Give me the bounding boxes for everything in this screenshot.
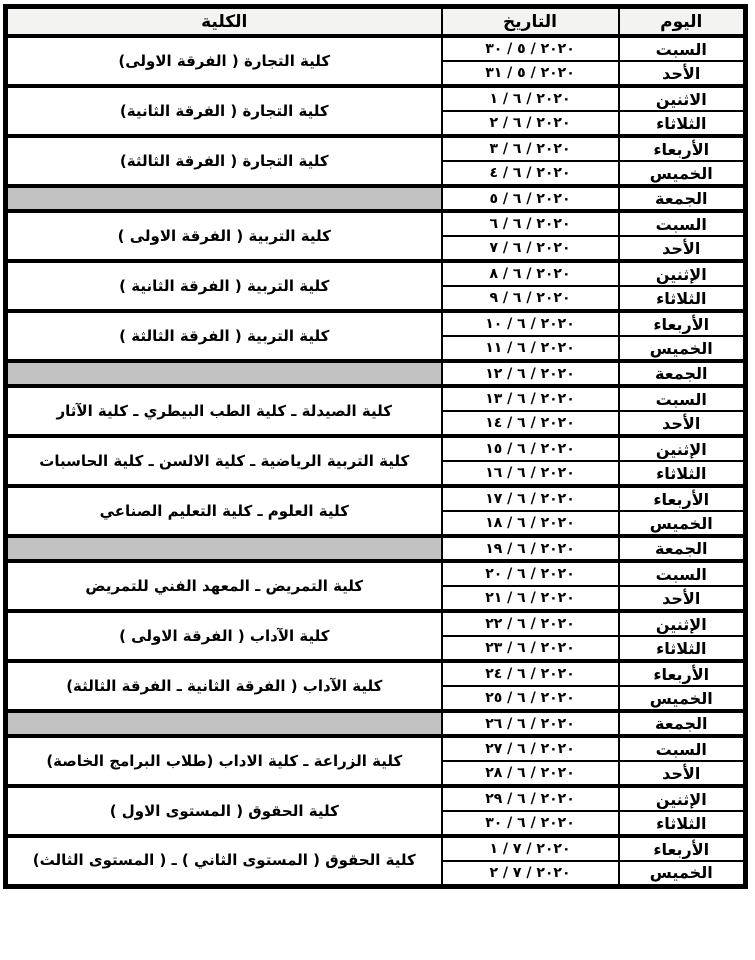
college-cell: كلية التربية ( الفرقة الثانية ): [6, 261, 442, 311]
date-text: ٢٠٢٠ / ٦ / ١٧: [485, 491, 575, 507]
college-cell: كلية العلوم ـ كلية التعليم الصناعي: [6, 486, 442, 536]
date-cell: ٢٠٢٠ / ٦ / ٢٤: [442, 661, 619, 686]
date-cell: ٢٠٢٠ / ٦ / ١٣: [442, 386, 619, 411]
date-text: ٢٠٢٠ / ٦ / ٢٧: [485, 741, 575, 757]
schedule-row: الاثنين٢٠٢٠ / ٦ / ١كلية التجارة ( الفرقة…: [6, 86, 746, 111]
schedule-row: الأربعاء٢٠٢٠ / ٦ / ١٠كلية التربية ( الفر…: [6, 311, 746, 336]
day-cell: السبت: [619, 211, 746, 236]
day-cell: الأحد: [619, 761, 746, 786]
friday-empty-cell: [6, 536, 442, 561]
friday-row: الجمعة٢٠٢٠ / ٦ / ٢٦: [6, 711, 746, 736]
date-text: ٢٠٢٠ / ٦ / ١٠: [485, 316, 575, 332]
date-cell: ٢٠٢٠ / ٦ / ١٩: [442, 536, 619, 561]
schedule-row: الأربعاء٢٠٢٠ / ٦ / ١٧كلية العلوم ـ كلية …: [6, 486, 746, 511]
date-text: ٢٠٢٠ / ٦ / ١٣: [485, 391, 575, 407]
date-cell: ٢٠٢٠ / ٦ / ١٥: [442, 436, 619, 461]
header-date: التاريخ: [442, 7, 619, 37]
date-text: ٢٠٢٠ / ٦ / ٣٠: [485, 815, 575, 831]
schedule-row: الأربعاء٢٠٢٠ / ٦ / ٣كلية التجارة ( الفرق…: [6, 136, 746, 161]
date-text: ٢٠٢٠ / ٦ / ١٩: [485, 541, 575, 557]
day-cell: السبت: [619, 736, 746, 761]
date-text: ٢٠٢٠ / ٦ / ٢٩: [485, 791, 575, 807]
day-cell: الأحد: [619, 61, 746, 86]
date-cell: ٢٠٢٠ / ٦ / ٢٧: [442, 736, 619, 761]
schedule-row: السبت٢٠٢٠ / ٦ / ٦كلية التربية ( الفرقة ا…: [6, 211, 746, 236]
date-cell: ٢٠٢٠ / ٥ / ٣١: [442, 61, 619, 86]
friday-empty-cell: [6, 186, 442, 211]
date-cell: ٢٠٢٠ / ٦ / ٢٨: [442, 761, 619, 786]
header-row: اليوم التاريخ الكلية: [6, 7, 746, 37]
college-cell: كلية التجارة ( الفرقة الثانية): [6, 86, 442, 136]
date-cell: ٢٠٢٠ / ٦ / ١٨: [442, 511, 619, 536]
date-cell: ٢٠٢٠ / ٧ / ٢: [442, 861, 619, 886]
date-cell: ٢٠٢٠ / ٦ / ٩: [442, 286, 619, 311]
college-cell: كلية التجارة ( الفرقة الاولى): [6, 36, 442, 86]
schedule-table-container: اليوم التاريخ الكلية السبت٢٠٢٠ / ٥ / ٣٠ك…: [3, 4, 748, 889]
date-text: ٢٠٢٠ / ٦ / ٢٥: [485, 690, 575, 706]
scanned-exam-schedule-page: { "table": { "headers": { "college": "ال…: [0, 0, 755, 960]
day-cell: الأربعاء: [619, 311, 746, 336]
date-cell: ٢٠٢٠ / ٦ / ١: [442, 86, 619, 111]
day-cell: السبت: [619, 561, 746, 586]
date-cell: ٢٠٢٠ / ٦ / ٢٥: [442, 686, 619, 711]
date-cell: ٢٠٢٠ / ٦ / ٣٠: [442, 811, 619, 836]
schedule-row: السبت٢٠٢٠ / ٦ / ٢٠كلية التمريض ـ المعهد …: [6, 561, 746, 586]
day-cell: الجمعة: [619, 711, 746, 736]
day-cell: الأحد: [619, 586, 746, 611]
date-cell: ٢٠٢٠ / ٦ / ٤: [442, 161, 619, 186]
day-cell: الثلاثاء: [619, 636, 746, 661]
friday-row: الجمعة٢٠٢٠ / ٦ / ٥: [6, 186, 746, 211]
day-cell: الأربعاء: [619, 661, 746, 686]
date-text: ٢٠٢٠ / ٦ / ٢١: [485, 590, 575, 606]
day-cell: الإثنين: [619, 786, 746, 811]
friday-empty-cell: [6, 361, 442, 386]
date-text: ٢٠٢٠ / ٦ / ١: [489, 91, 570, 107]
day-cell: الخميس: [619, 861, 746, 886]
date-text: ٢٠٢٠ / ٦ / ١١: [485, 340, 575, 356]
day-cell: الخميس: [619, 511, 746, 536]
date-text: ٢٠٢٠ / ٦ / ١٥: [485, 441, 575, 457]
friday-empty-cell: [6, 711, 442, 736]
schedule-row: الأربعاء٢٠٢٠ / ٧ / ١كلية الحقوق ( المستو…: [6, 836, 746, 861]
college-cell: كلية الصيدلة ـ كلية الطب البيطري ـ كلية …: [6, 386, 442, 436]
college-cell: كلية الآداب ( الفرقة الاولى ): [6, 611, 442, 661]
date-cell: ٢٠٢٠ / ٦ / ٢٩: [442, 786, 619, 811]
header-college: الكلية: [6, 7, 442, 37]
schedule-row: الإثنين٢٠٢٠ / ٦ / ١٥كلية التربية الرياضي…: [6, 436, 746, 461]
friday-row: الجمعة٢٠٢٠ / ٦ / ١٩: [6, 536, 746, 561]
date-text: ٢٠٢٠ / ٥ / ٣٠: [485, 41, 575, 57]
day-cell: الأربعاء: [619, 136, 746, 161]
day-cell: السبت: [619, 36, 746, 61]
day-cell: الإثنين: [619, 611, 746, 636]
date-cell: ٢٠٢٠ / ٦ / ١١: [442, 336, 619, 361]
exam-schedule-table: اليوم التاريخ الكلية السبت٢٠٢٠ / ٥ / ٣٠ك…: [3, 4, 748, 889]
day-cell: الأحد: [619, 411, 746, 436]
date-text: ٢٠٢٠ / ٦ / ٨: [489, 266, 570, 282]
day-cell: الثلاثاء: [619, 811, 746, 836]
college-cell: كلية التمريض ـ المعهد الفني للتمريض: [6, 561, 442, 611]
college-cell: كلية الحقوق ( المستوى الثاني ) ـ ( المست…: [6, 836, 442, 886]
date-text: ٢٠٢٠ / ٦ / ٤: [489, 165, 570, 181]
date-cell: ٢٠٢٠ / ٦ / ١٤: [442, 411, 619, 436]
date-cell: ٢٠٢٠ / ٦ / ٣: [442, 136, 619, 161]
date-text: ٢٠٢٠ / ٦ / ٢٣: [485, 640, 575, 656]
college-cell: كلية التجارة ( الفرقة الثالثة): [6, 136, 442, 186]
date-text: ٢٠٢٠ / ٧ / ٢: [489, 865, 570, 881]
schedule-row: الأربعاء٢٠٢٠ / ٦ / ٢٤كلية الآداب ( الفرق…: [6, 661, 746, 686]
date-text: ٢٠٢٠ / ٦ / ٢: [489, 115, 570, 131]
college-cell: كلية التربية ( الفرقة الثالثة ): [6, 311, 442, 361]
date-cell: ٢٠٢٠ / ٦ / ٢٢: [442, 611, 619, 636]
day-cell: الاثنين: [619, 86, 746, 111]
date-cell: ٢٠٢٠ / ٦ / ٥: [442, 186, 619, 211]
date-cell: ٢٠٢٠ / ٦ / ٢٣: [442, 636, 619, 661]
day-cell: السبت: [619, 386, 746, 411]
college-cell: كلية الآداب ( الفرقة الثانية ـ الفرقة ال…: [6, 661, 442, 711]
schedule-row: الإثنين٢٠٢٠ / ٦ / ٢٩كلية الحقوق ( المستو…: [6, 786, 746, 811]
date-cell: ٢٠٢٠ / ٥ / ٣٠: [442, 36, 619, 61]
friday-row: الجمعة٢٠٢٠ / ٦ / ١٢: [6, 361, 746, 386]
date-text: ٢٠٢٠ / ٦ / ٢٠: [485, 566, 575, 582]
date-cell: ٢٠٢٠ / ٦ / ١٦: [442, 461, 619, 486]
day-cell: الجمعة: [619, 536, 746, 561]
date-cell: ٢٠٢٠ / ٦ / ٢٦: [442, 711, 619, 736]
date-text: ٢٠٢٠ / ٦ / ٢٤: [485, 666, 575, 682]
date-text: ٢٠٢٠ / ٦ / ٢٢: [485, 616, 575, 632]
day-cell: الأربعاء: [619, 836, 746, 861]
day-cell: الإثنين: [619, 261, 746, 286]
date-text: ٢٠٢٠ / ٦ / ١٨: [485, 515, 575, 531]
day-cell: الثلاثاء: [619, 286, 746, 311]
schedule-row: السبت٢٠٢٠ / ٦ / ١٣كلية الصيدلة ـ كلية ال…: [6, 386, 746, 411]
schedule-row: السبت٢٠٢٠ / ٦ / ٢٧كلية الزراعة ـ كلية ال…: [6, 736, 746, 761]
day-cell: الخميس: [619, 161, 746, 186]
day-cell: الثلاثاء: [619, 111, 746, 136]
date-cell: ٢٠٢٠ / ٦ / ١٠: [442, 311, 619, 336]
date-text: ٢٠٢٠ / ٦ / ١٦: [485, 465, 575, 481]
date-cell: ٢٠٢٠ / ٦ / ٦: [442, 211, 619, 236]
schedule-row: الإثنين٢٠٢٠ / ٦ / ٨كلية التربية ( الفرقة…: [6, 261, 746, 286]
day-cell: الجمعة: [619, 361, 746, 386]
date-text: ٢٠٢٠ / ٦ / ٧: [489, 240, 570, 256]
date-cell: ٢٠٢٠ / ٦ / ١٢: [442, 361, 619, 386]
date-text: ٢٠٢٠ / ٦ / ١٤: [485, 415, 575, 431]
college-cell: كلية الزراعة ـ كلية الاداب (طلاب البرامج…: [6, 736, 442, 786]
date-text: ٢٠٢٠ / ٥ / ٣١: [485, 65, 575, 81]
date-cell: ٢٠٢٠ / ٦ / ٢: [442, 111, 619, 136]
date-text: ٢٠٢٠ / ٦ / ٥: [489, 191, 570, 207]
college-cell: كلية الحقوق ( المستوى الاول ): [6, 786, 442, 836]
date-text: ٢٠٢٠ / ٦ / ١٢: [485, 366, 575, 382]
college-cell: كلية التربية الرياضية ـ كلية الالسن ـ كل…: [6, 436, 442, 486]
header-day: اليوم: [619, 7, 746, 37]
date-text: ٢٠٢٠ / ٦ / ٢٨: [485, 765, 575, 781]
day-cell: الخميس: [619, 336, 746, 361]
date-cell: ٢٠٢٠ / ٦ / ٧: [442, 236, 619, 261]
day-cell: الثلاثاء: [619, 461, 746, 486]
date-text: ٢٠٢٠ / ٧ / ١: [489, 841, 570, 857]
date-cell: ٢٠٢٠ / ٦ / ١٧: [442, 486, 619, 511]
schedule-row: الإثنين٢٠٢٠ / ٦ / ٢٢كلية الآداب ( الفرقة…: [6, 611, 746, 636]
day-cell: الأربعاء: [619, 486, 746, 511]
schedule-row: السبت٢٠٢٠ / ٥ / ٣٠كلية التجارة ( الفرقة …: [6, 36, 746, 61]
date-cell: ٢٠٢٠ / ٦ / ٢٠: [442, 561, 619, 586]
date-cell: ٢٠٢٠ / ٧ / ١: [442, 836, 619, 861]
date-text: ٢٠٢٠ / ٦ / ٩: [489, 290, 570, 306]
day-cell: الإثنين: [619, 436, 746, 461]
date-text: ٢٠٢٠ / ٦ / ٢٦: [485, 716, 575, 732]
college-cell: كلية التربية ( الفرقة الاولى ): [6, 211, 442, 261]
day-cell: الأحد: [619, 236, 746, 261]
day-cell: الجمعة: [619, 186, 746, 211]
day-cell: الخميس: [619, 686, 746, 711]
date-text: ٢٠٢٠ / ٦ / ٣: [489, 141, 570, 157]
date-text: ٢٠٢٠ / ٦ / ٦: [489, 216, 570, 232]
date-cell: ٢٠٢٠ / ٦ / ٢١: [442, 586, 619, 611]
date-cell: ٢٠٢٠ / ٦ / ٨: [442, 261, 619, 286]
